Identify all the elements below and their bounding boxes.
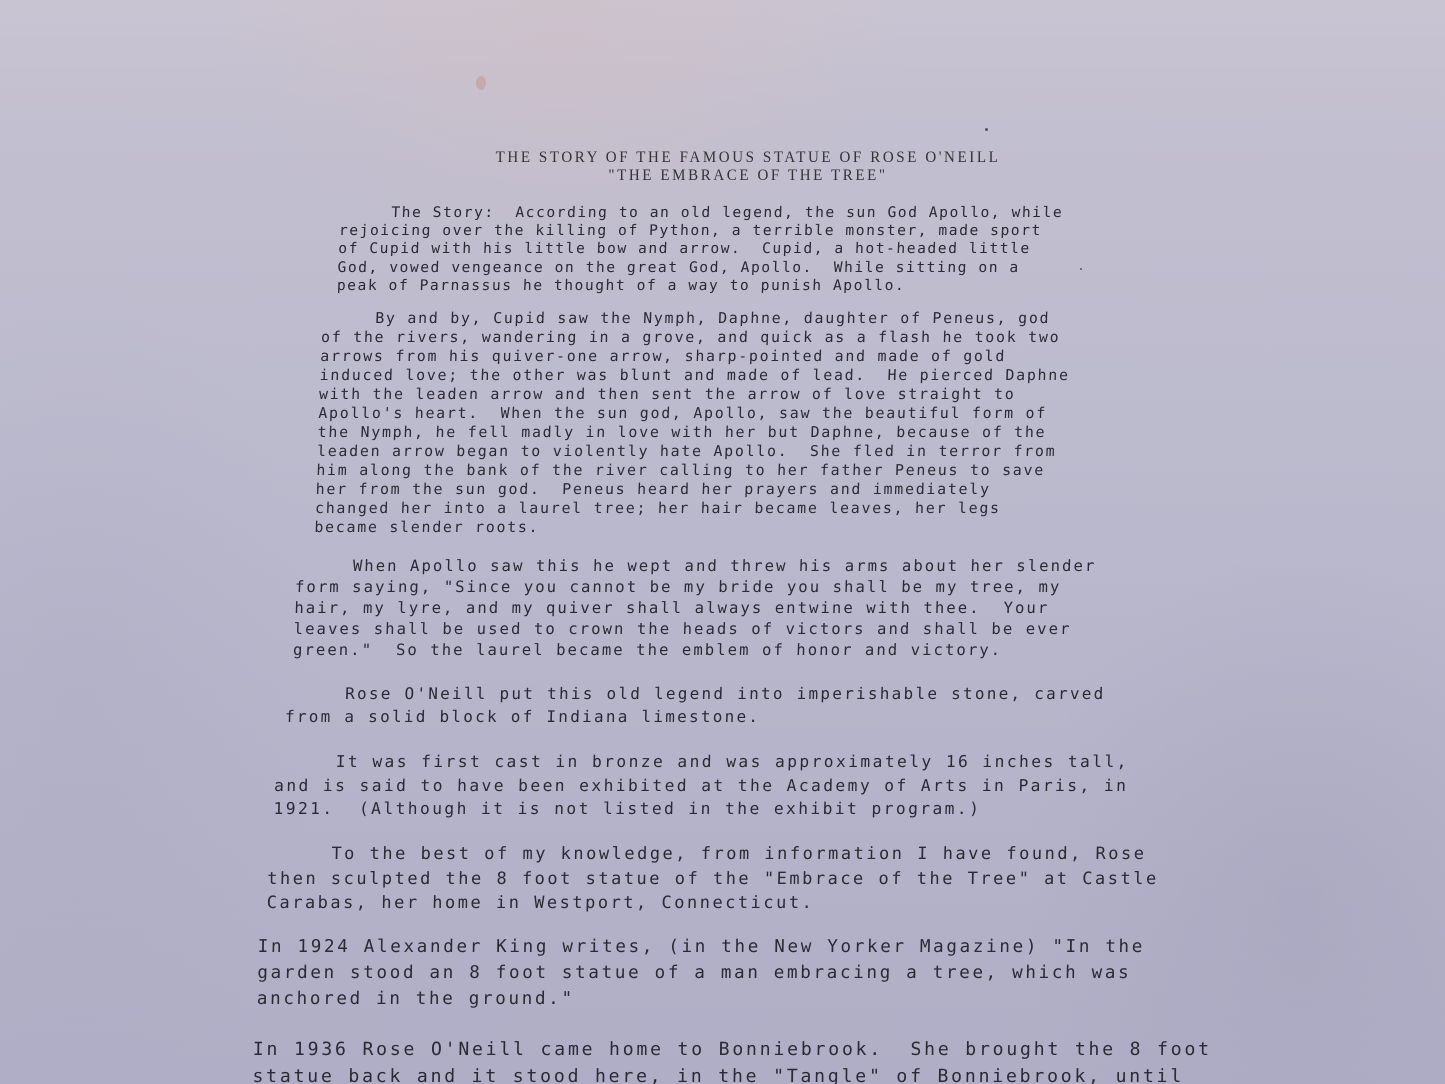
text-line: Apollo's heart. When the sun god, Apollo…	[318, 404, 1069, 423]
paragraph: In 1924 Alexander King writes, (in the N…	[257, 934, 1146, 1012]
paper-speck	[985, 128, 988, 131]
text-line: The Story: According to an old legend, t…	[339, 204, 1063, 222]
text-line: In 1936 Rose O'Neill came home to Bonnie…	[253, 1036, 1212, 1063]
text-line: changed her into a laurel tree; her hair…	[315, 499, 1066, 518]
text-line: garden stood an 8 foot statue of a man e…	[257, 960, 1145, 986]
paragraph: In 1936 Rose O'Neill came home to Bonnie…	[252, 1036, 1212, 1084]
text-line: rejoicing over the killing of Python, a …	[339, 222, 1063, 240]
text-line: the Nymph, he fell madly in love with he…	[317, 423, 1068, 442]
text-line: To the best of my knowledge, from inform…	[267, 842, 1159, 867]
paragraph: It was first cast in bronze and was appr…	[273, 750, 1129, 821]
text-line: In 1924 Alexander King writes, (in the N…	[258, 934, 1146, 960]
text-line: Rose O'Neill put this old legend into im…	[285, 682, 1106, 705]
text-line: Carabas, her home in Westport, Connectic…	[266, 891, 1158, 916]
document-title: THE STORY OF THE FAMOUS STATUE OF ROSE O…	[0, 150, 1445, 168]
text-line: statue back and it stood here, in the "T…	[252, 1063, 1211, 1084]
paragraph: The Story: According to an old legend, t…	[337, 204, 1064, 295]
paragraph: When Apollo saw this he wept and threw h…	[293, 556, 1097, 661]
text-line: and is said to have been exhibited at th…	[274, 774, 1129, 798]
text-line: God, vowed vengeance on the great God, A…	[337, 259, 1061, 277]
text-line: leaves shall be used to crown the heads …	[293, 619, 1094, 640]
document-subtitle: "THE EMBRACE OF THE TREE"	[0, 168, 1445, 186]
text-line: When Apollo saw this he wept and threw h…	[295, 556, 1096, 577]
text-line: of the rivers, wandering in a grove, and…	[321, 328, 1072, 347]
text-line: of Cupid with his little bow and arrow. …	[338, 240, 1062, 258]
text-line: By and by, Cupid saw the Nymph, Daphne, …	[321, 309, 1072, 328]
paragraph: To the best of my knowledge, from inform…	[266, 842, 1159, 916]
paragraph: Rose O'Neill put this old legend into im…	[285, 682, 1106, 728]
text-line: with the leaden arrow and then sent the …	[319, 385, 1070, 404]
text-line: him along the bank of the river calling …	[316, 461, 1067, 480]
text-line: then sculpted the 8 foot statue of the "…	[267, 867, 1159, 892]
text-line: became slender roots.	[314, 518, 1065, 537]
text-line: from a solid block of Indiana limestone.	[285, 705, 1106, 728]
text-line: induced love; the other was blunt and ma…	[319, 366, 1070, 385]
text-line: her from the sun god. Peneus heard her p…	[315, 480, 1066, 499]
text-line: It was first cast in bronze and was appr…	[274, 750, 1129, 774]
text-line: arrows from his quiver-one arrow, sharp-…	[320, 347, 1071, 366]
text-line: hair, my lyre, and my quiver shall alway…	[294, 598, 1095, 619]
paper-stain	[476, 76, 486, 90]
text-line: form saying, "Since you cannot be my bri…	[295, 577, 1096, 598]
text-line: green." So the laurel became the emblem …	[293, 640, 1094, 661]
paragraph: By and by, Cupid saw the Nymph, Daphne, …	[314, 309, 1072, 537]
paper-speck	[1080, 268, 1082, 270]
text-line: peak of Parnassus he thought of a way to…	[337, 277, 1061, 295]
text-line: leaden arrow began to violently hate Apo…	[317, 442, 1068, 461]
text-line: 1921. (Although it is not listed in the …	[273, 797, 1128, 821]
text-line: anchored in the ground."	[257, 986, 1145, 1012]
